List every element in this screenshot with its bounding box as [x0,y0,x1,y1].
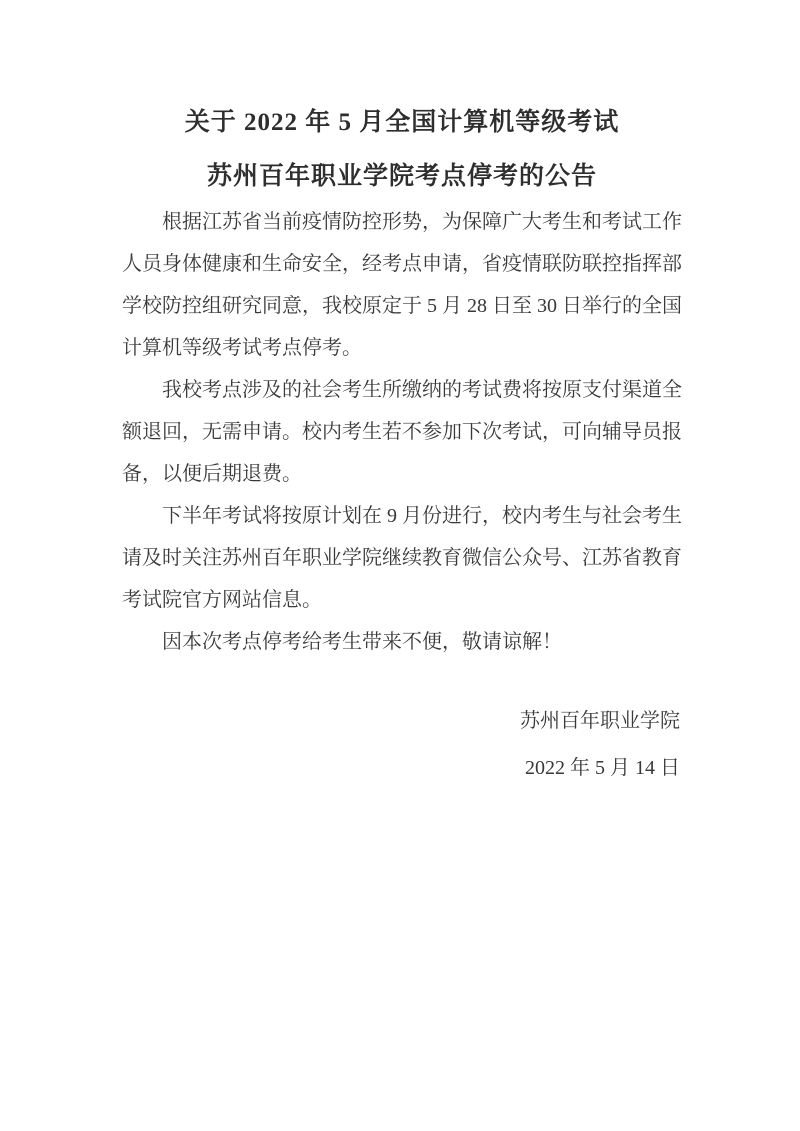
date: 2022 年 5 月 14 日 [122,745,680,792]
document-title-line-1: 关于 2022 年 5 月全国计算机等级考试 [122,96,682,150]
paragraph-refund-policy: 我校考点涉及的社会考生所缴纳的考试费将按原支付渠道全额退回，无需申请。校内考生若… [122,369,682,495]
paragraph-epidemic-decision: 根据江苏省当前疫情防控形势，为保障广大考生和考试工作人员身体健康和生命安全，经考… [122,201,682,369]
document-title: 关于 2022 年 5 月全国计算机等级考试 苏州百年职业学院考点停考的公告 [122,96,682,204]
announcement-page: 关于 2022 年 5 月全国计算机等级考试 苏州百年职业学院考点停考的公告 根… [0,0,800,1131]
paragraph-apology: 因本次考点停考给考生带来不便，敬请谅解！ [122,621,682,663]
paragraph-next-exam-plan: 下半年考试将按原计划在 9 月份进行，校内考生与社会考生请及时关注苏州百年职业学… [122,495,682,621]
document-body: 根据江苏省当前疫情防控形势，为保障广大考生和考试工作人员身体健康和生命安全，经考… [122,201,682,663]
document-title-line-2: 苏州百年职业学院考点停考的公告 [122,150,682,204]
document-closing: 苏州百年职业学院 2022 年 5 月 14 日 [122,698,680,792]
signature: 苏州百年职业学院 [122,698,680,745]
